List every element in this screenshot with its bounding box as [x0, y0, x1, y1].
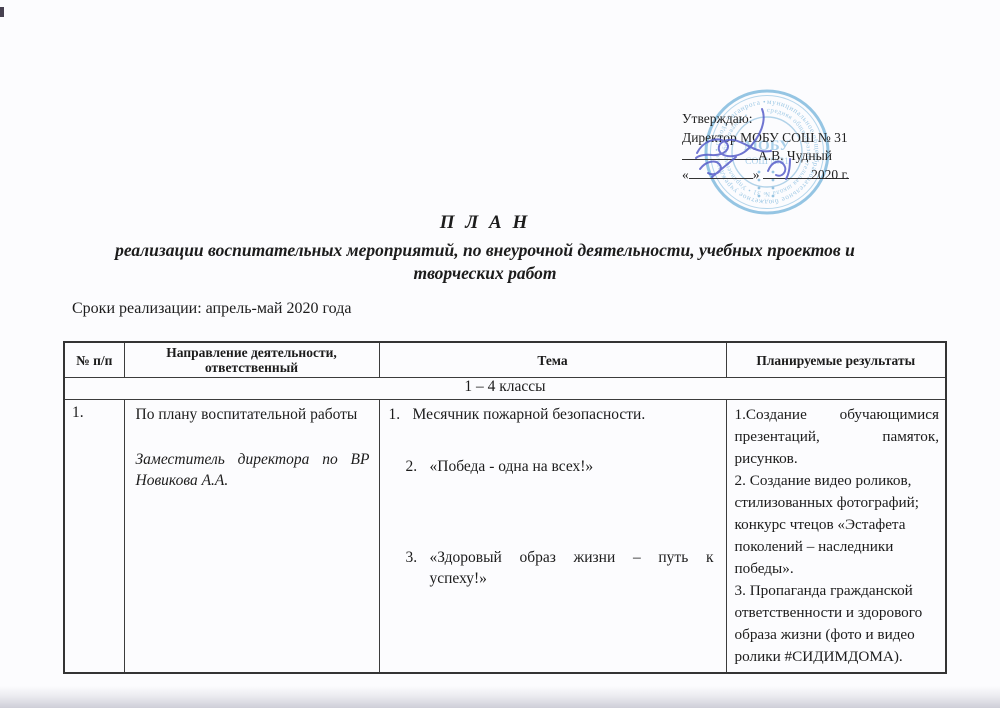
result-item: 3. Пропаганда гражданской ответственност…: [735, 580, 940, 668]
header-number: № п/п: [64, 342, 124, 378]
header-topic: Тема: [379, 342, 726, 378]
result-item: 2. Создание видео роликов, стилизованных…: [735, 470, 940, 580]
topic-item: 2. «Победа - одна на всех!»: [406, 456, 714, 477]
header-direction: Направление деятельности, ответственный: [124, 342, 379, 378]
topic-text: «Здоровый образ жизни – путь к успеху!»: [430, 549, 714, 587]
table-header-row: № п/п Направление деятельности, ответств…: [64, 342, 946, 378]
plan-table-wrap: № п/п Направление деятельности, ответств…: [63, 341, 947, 674]
document-title: П Л А Н: [60, 212, 910, 234]
topic-text: Месячник пожарной безопасности.: [413, 406, 646, 423]
signature-ink: [670, 95, 890, 205]
implementation-period: Сроки реализации: апрель-май 2020 года: [72, 300, 351, 318]
table-row: 1. По плану воспитательной работы Замест…: [64, 400, 946, 674]
topic-item: 3. «Здоровый образ жизни – путь к успеху…: [406, 547, 714, 589]
result-item: 1.Создание обучающимися презентаций, пам…: [735, 404, 940, 470]
responsible-text: Заместитель директора по ВР Новикова А.А…: [136, 449, 370, 491]
scanned-document-page: муниципальное общеобразовательное бюджет…: [0, 0, 1000, 708]
scan-bottom-shadow: [0, 686, 1000, 708]
document-subtitle: реализации воспитательных мероприятий, п…: [90, 239, 880, 285]
direction-cell: По плану воспитательной работы Заместите…: [124, 400, 379, 674]
direction-text: По плану воспитательной работы: [136, 404, 370, 425]
topics-cell: 1. Месячник пожарной безопасности. 2. «П…: [379, 400, 726, 674]
scan-edge-artifact: [0, 7, 4, 17]
title-block: П Л А Н реализации воспитательных меропр…: [60, 212, 910, 285]
topic-text: «Победа - одна на всех!»: [430, 458, 594, 475]
topic-number: 1.: [389, 404, 401, 425]
topic-number: 2.: [406, 456, 418, 477]
header-results: Планируемые результаты: [726, 342, 946, 378]
section-row: 1 – 4 классы: [64, 378, 946, 400]
row-number-cell: 1.: [64, 400, 124, 674]
topic-item: 1. Месячник пожарной безопасности.: [389, 404, 714, 425]
section-grades-1-4: 1 – 4 классы: [64, 378, 946, 400]
results-cell: 1.Создание обучающимися презентаций, пам…: [726, 400, 946, 674]
plan-table: № п/п Направление деятельности, ответств…: [63, 341, 947, 674]
topic-number: 3.: [406, 547, 418, 568]
